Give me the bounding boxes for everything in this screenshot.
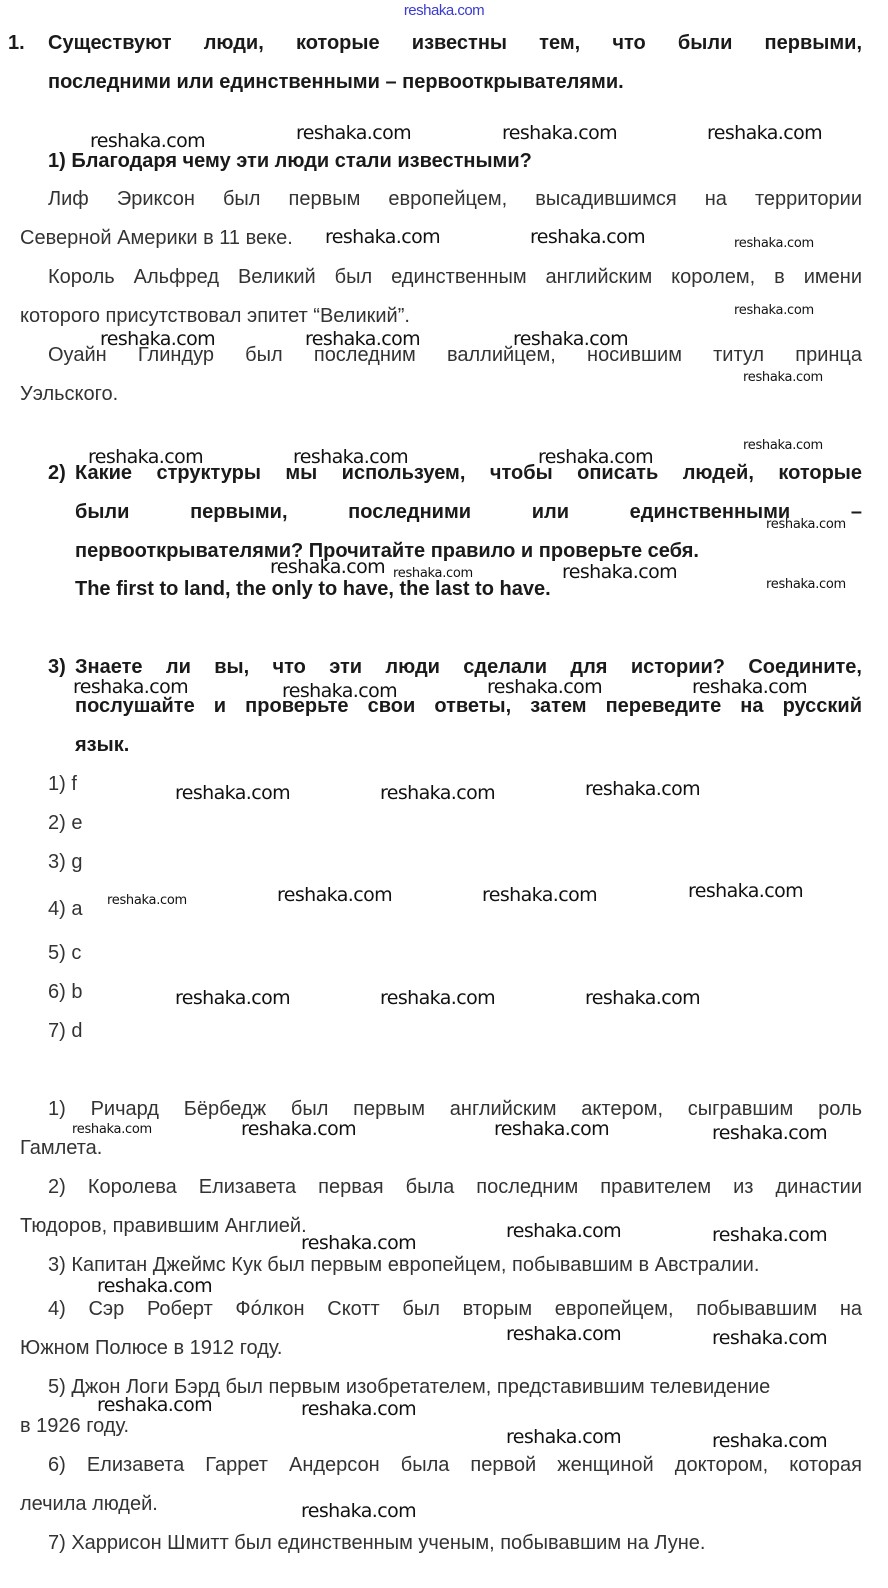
watermark: reshaka.com: [97, 1275, 212, 1297]
watermark: reshaka.com: [175, 987, 290, 1009]
answer-2-line1: Король Альфред Великий был единственным …: [48, 266, 862, 289]
question-1-label: 1) Благодаря чему эти люди стали известн…: [48, 150, 532, 173]
watermark: reshaka.com: [277, 884, 392, 906]
answer-3-line2: Уэльского.: [20, 383, 118, 406]
watermark: reshaka.com: [380, 987, 495, 1009]
watermark: reshaka.com: [100, 328, 215, 350]
watermark: reshaka.com: [175, 782, 290, 804]
watermark-small: reshaka.com: [766, 517, 846, 532]
watermark: reshaka.com: [712, 1327, 827, 1349]
task-number: 1.: [8, 32, 25, 55]
question-2-line3: первооткрывателями? Прочитайте правило и…: [75, 540, 699, 563]
question-2-line2: были первыми, последними или единственны…: [75, 501, 862, 524]
watermark: reshaka.com: [305, 328, 420, 350]
watermark: reshaka.com: [513, 328, 628, 350]
watermark: reshaka.com: [712, 1430, 827, 1452]
watermark: reshaka.com: [707, 122, 822, 144]
watermark: reshaka.com: [301, 1398, 416, 1420]
watermark: reshaka.com: [301, 1500, 416, 1522]
watermark: reshaka.com: [585, 987, 700, 1009]
translation-2-line2: Тюдоров, правившим Англией.: [20, 1215, 307, 1238]
watermark: reshaka.com: [482, 884, 597, 906]
question-3-number: 3): [48, 656, 66, 679]
watermark-small: reshaka.com: [766, 577, 846, 592]
watermark: reshaka.com: [90, 130, 205, 152]
watermark: reshaka.com: [562, 561, 677, 583]
translation-5-line2: в 1926 году.: [20, 1415, 129, 1438]
watermark: reshaka.com: [502, 122, 617, 144]
translation-3-line1: 3) Капитан Джеймс Кук был первым европей…: [48, 1254, 759, 1277]
watermark: reshaka.com: [241, 1118, 356, 1140]
watermark: reshaka.com: [506, 1323, 621, 1345]
watermark: reshaka.com: [380, 782, 495, 804]
watermark: reshaka.com: [88, 446, 203, 468]
translation-1-line2: Гамлета.: [20, 1137, 102, 1160]
watermark: reshaka.com: [97, 1394, 212, 1416]
question-2-answer: The first to land, the only to have, the…: [75, 578, 551, 601]
translation-6-line2: лечила людей.: [20, 1493, 158, 1516]
watermark: reshaka.com: [301, 1232, 416, 1254]
task-title-line1: Существуют люди, которые известны тем, ч…: [48, 32, 862, 55]
question-3-line3: язык.: [75, 734, 129, 757]
watermark: reshaka.com: [688, 880, 803, 902]
watermark: reshaka.com: [506, 1426, 621, 1448]
watermark: reshaka.com: [270, 556, 385, 578]
watermark: reshaka.com: [585, 778, 700, 800]
watermark: reshaka.com: [692, 676, 807, 698]
watermark: reshaka.com: [325, 226, 440, 248]
question-3-line2: послушайте и проверьте свои ответы, зате…: [75, 695, 862, 718]
watermark: reshaka.com: [538, 446, 653, 468]
watermark-small: reshaka.com: [393, 566, 473, 581]
match-item: 1) f: [48, 773, 77, 796]
watermark-small: reshaka.com: [743, 370, 823, 385]
watermark-small: reshaka.com: [734, 236, 814, 251]
match-item: 5) c: [48, 942, 81, 965]
watermark-small: reshaka.com: [743, 438, 823, 453]
translation-4-line1: 4) Сэр Роберт Фóлкон Скотт был вторым ев…: [48, 1298, 862, 1321]
watermark: reshaka.com: [73, 676, 188, 698]
watermark: reshaka.com: [506, 1220, 621, 1242]
translation-7-line1: 7) Харрисон Шмитт был единственным учены…: [48, 1532, 705, 1555]
question-2-number: 2): [48, 462, 66, 485]
watermark: reshaka.com: [296, 122, 411, 144]
watermark: reshaka.com: [282, 680, 397, 702]
watermark: reshaka.com: [712, 1122, 827, 1144]
answer-2-line2: которого присутствовал эпитет “Великий”.: [20, 305, 410, 328]
match-item: 6) b: [48, 981, 82, 1004]
match-item: 3) g: [48, 851, 82, 874]
task-title-line2: последними или единственными – первооткр…: [48, 71, 624, 94]
translation-4-line2: Южном Полюсе в 1912 году.: [20, 1337, 282, 1360]
match-item: 2) e: [48, 812, 82, 835]
watermark: reshaka.com: [487, 676, 602, 698]
site-watermark[interactable]: reshaka.com: [0, 2, 888, 19]
translation-2-line1: 2) Королева Елизавета первая была послед…: [48, 1176, 862, 1199]
watermark: reshaka.com: [293, 446, 408, 468]
watermark: reshaka.com: [712, 1224, 827, 1246]
watermark-small: reshaka.com: [107, 893, 187, 908]
translation-1-line1: 1) Ричард Бёрбедж был первым английским …: [48, 1098, 862, 1121]
answer-1-line1: Лиф Эриксон был первым европейцем, высад…: [48, 188, 862, 211]
watermark: reshaka.com: [530, 226, 645, 248]
translation-6-line1: 6) Елизавета Гаррет Андерсон была первой…: [48, 1454, 862, 1477]
watermark-small: reshaka.com: [72, 1122, 152, 1137]
watermark: reshaka.com: [494, 1118, 609, 1140]
match-item: 7) d: [48, 1020, 82, 1043]
watermark-small: reshaka.com: [734, 303, 814, 318]
match-item: 4) a: [48, 898, 82, 921]
answer-1-line2: Северной Америки в 11 веке.: [20, 227, 293, 250]
